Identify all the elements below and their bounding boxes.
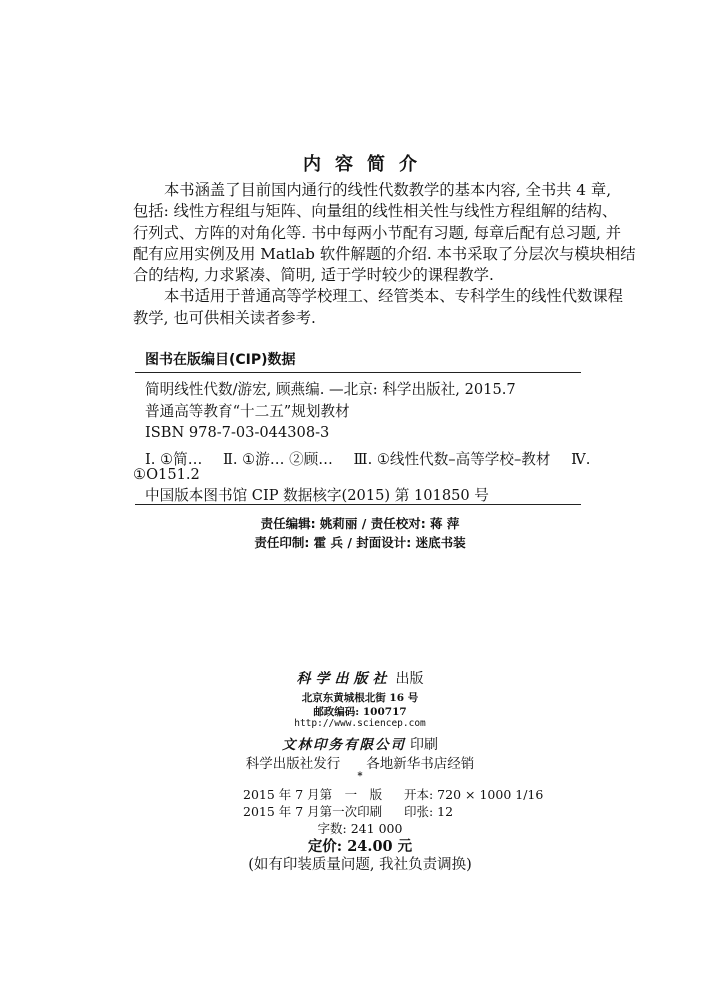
- summary-line: 本书涵盖了目前国内通行的线性代数教学的基本内容, 全书共 4 章,: [133, 180, 588, 201]
- summary-line: 包括: 线性方程组与矩阵、向量组的线性相关性与线性方程组解的结构、: [133, 201, 588, 222]
- publisher-address: 北京东黄城根北街 16 号: [0, 690, 720, 705]
- cip-isbn: ISBN 978-7-03-044308-3: [145, 424, 329, 441]
- summary-line: 配有应用实例及用 Matlab 软件解题的介绍. 本书采取了分层次与模块相结: [133, 244, 588, 265]
- edition-line: 2015 年 7 月第 一 版 开本: 720 × 1000 1/16: [243, 785, 382, 803]
- summary-line: 教学, 也可供相关读者参考.: [133, 308, 588, 329]
- cip-heading: 图书在版编目(CIP)数据: [145, 349, 296, 369]
- edition: 2015 年 7 月第 一 版: [243, 787, 382, 802]
- cip-class-part4: Ⅳ.: [571, 451, 590, 468]
- summary-title: 内容简介: [0, 150, 720, 176]
- seller: 各地新华书店经销: [366, 756, 474, 772]
- editors-line-1: 责任编辑: 姚莉丽 / 责任校对: 蒋 萍: [0, 514, 720, 532]
- quality-notice: (如有印装质量问题, 我社负责调换): [0, 853, 720, 874]
- publisher-name: 科学出版社: [297, 671, 392, 687]
- printer-name: 文林印务有限公司: [282, 737, 406, 753]
- cip-entry-line: 简明线性代数/游宏, 顾燕编. —北京: 科学出版社, 2015.7: [145, 378, 516, 399]
- printing: 2015 年 7 月第一次印刷: [243, 804, 382, 819]
- cip-bottom-divider: [135, 504, 581, 505]
- cip-class-part2: Ⅱ. ①游… ②顾…: [223, 451, 333, 468]
- publisher-role: 出版: [396, 671, 424, 687]
- separator-star: *: [0, 771, 720, 782]
- format: 开本: 720 × 1000 1/16: [404, 785, 543, 803]
- sheets: 印张: 12: [404, 802, 453, 820]
- publisher-postcode: 邮政编码: 100717: [0, 704, 720, 719]
- cip-classification: Ⅰ. ①简… Ⅱ. ①游… ②顾… Ⅲ. ①线性代数–高等学校–教材 Ⅳ.: [145, 448, 590, 469]
- printer-role: 印刷: [410, 737, 438, 753]
- cip-class-part3: Ⅲ. ①线性代数–高等学校–教材: [354, 451, 551, 468]
- summary-line: 行列式、方阵的对角化等. 书中每两小节配有习题, 每章后配有总习题, 并: [133, 223, 588, 244]
- summary-body: 本书涵盖了目前国内通行的线性代数教学的基本内容, 全书共 4 章, 包括: 线性…: [133, 180, 588, 329]
- cip-top-divider: [135, 372, 581, 373]
- publisher-line: 科学出版社出版: [0, 668, 720, 688]
- cip-series-line: 普通高等教育“十二五”规划教材: [145, 400, 350, 421]
- printing-line: 2015 年 7 月第一次印刷 印张: 12: [243, 802, 382, 820]
- summary-line: 合的结构, 力求紧凑、简明, 适于学时较少的课程教学.: [133, 265, 588, 286]
- distribution-line: 科学出版社发行各地新华书店经销: [0, 752, 720, 772]
- printer-line: 文林印务有限公司印刷: [0, 733, 720, 754]
- distributor: 科学出版社发行: [246, 756, 341, 772]
- publisher-website: http://www.sciencep.com: [0, 718, 720, 729]
- cip-record-line: 中国版本图书馆 CIP 数据核字(2015) 第 101850 号: [145, 484, 489, 505]
- editors-line-2: 责任印制: 霍 兵 / 封面设计: 迷底书装: [0, 533, 720, 551]
- summary-line: 本书适用于普通高等学校理工、经管类本、专科学生的线性代数课程: [133, 286, 588, 307]
- cip-class-continuation: ①O151.2: [133, 466, 200, 483]
